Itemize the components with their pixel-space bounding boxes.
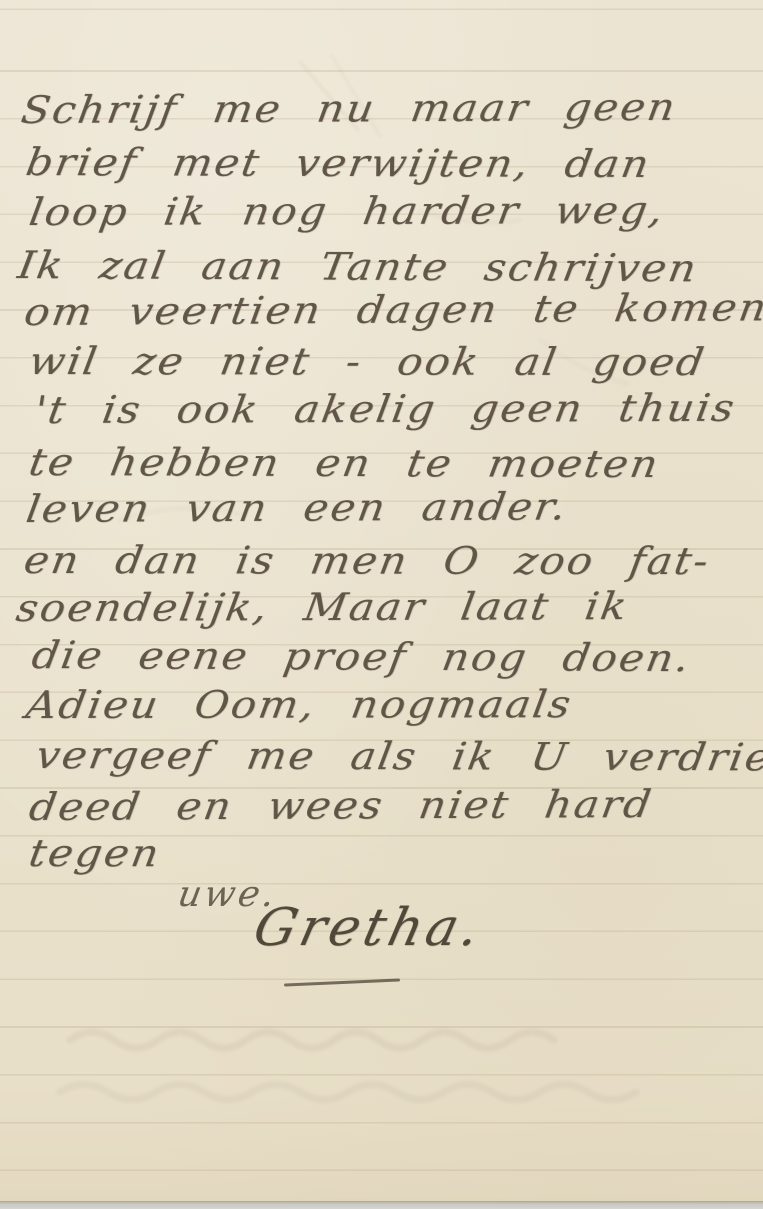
handwriting-line: leven van een ander. <box>23 484 571 531</box>
handwriting-line: 't is ook akelig geen thuis <box>31 386 739 432</box>
handwriting-line: deed en wees niet hard <box>26 782 656 829</box>
scan-bottom-edge <box>0 1201 763 1209</box>
handwriting-line: te hebben en te moeten <box>26 440 663 486</box>
letter-signature: Gretha. <box>248 898 489 958</box>
letter-scan: Schrijf me nu maar geenbrief met verwijt… <box>0 0 763 1209</box>
handwriting-line: Ik zal aan Tante schrijven <box>15 243 702 290</box>
handwriting-line: brief met verwijten, dan <box>23 140 654 186</box>
handwriting-line: soendelijk, Maar laat ik <box>13 584 632 630</box>
handwriting-line: tegen <box>26 831 164 875</box>
handwriting-line: vergeef me als ik U verdriet <box>33 733 763 779</box>
handwriting-line: loop ik nog harder weg, <box>26 188 668 234</box>
handwriting-line: wil ze niet - ook al goed <box>26 339 709 384</box>
handwriting-line: die eene proef nog doen. <box>29 633 695 680</box>
handwriting-line: Adieu Oom, nogmaals <box>23 682 575 727</box>
handwriting-line: om veertien dagen te komen <box>21 285 763 334</box>
handwriting-line: en dan is men O zoo fat- <box>21 538 714 583</box>
letter-body-lines: Schrijf me nu maar geenbrief met verwijt… <box>0 0 763 1209</box>
handwriting-line: Schrijf me nu maar geen <box>18 85 680 132</box>
